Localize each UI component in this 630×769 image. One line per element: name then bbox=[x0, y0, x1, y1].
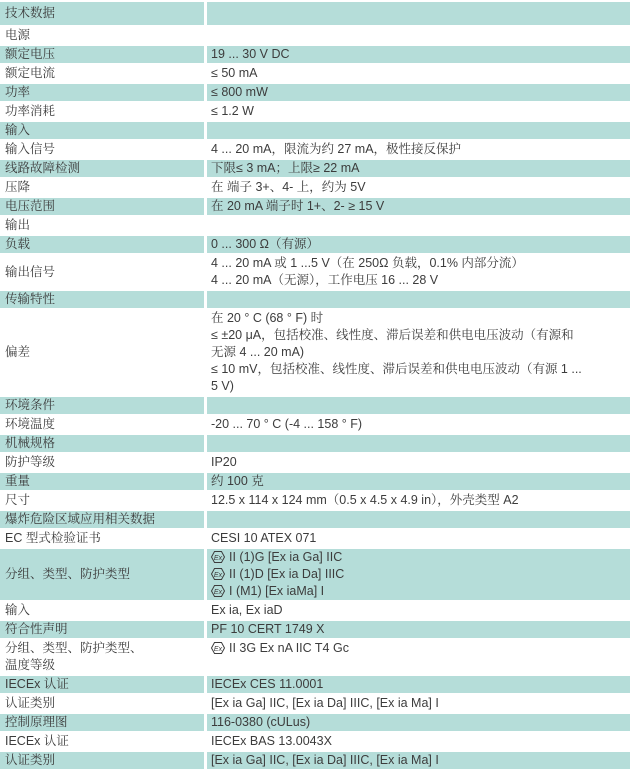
section-row: 机械规格 bbox=[0, 435, 630, 452]
row-value-cell bbox=[204, 2, 630, 25]
row-label-cell: 爆炸危险区域应用相关数据 bbox=[0, 511, 204, 528]
row-value-cell: [Ex ia Ga] IIC, [Ex ia Da] IIIC, [Ex ia … bbox=[204, 752, 630, 769]
row-label: 额定电流 bbox=[5, 66, 55, 80]
value-line: 0 ... 300 Ω（有源） bbox=[211, 236, 626, 253]
row-label-cell: 环境条件 bbox=[0, 397, 204, 414]
section-row: 传输特性 bbox=[0, 291, 630, 308]
table-row: 偏差在 20 ° C (68 ° F) 时≤ ±20 μA，包括校准、线性度、滞… bbox=[0, 310, 630, 395]
table-row: 符合性声明PF 10 CERT 1749 X bbox=[0, 621, 630, 638]
value-text: ≤ 10 mV，包括校准、线性度、滞后误差和供电电压波动（有源 1 ... bbox=[211, 362, 582, 376]
value-line: 19 ... 30 V DC bbox=[211, 46, 626, 63]
row-value-cell bbox=[204, 435, 630, 452]
row-label: IECEx 认证 bbox=[5, 677, 69, 691]
value-line: ≤ 800 mW bbox=[211, 84, 626, 101]
row-label: 传输特性 bbox=[5, 292, 55, 306]
table-row: EC 型式检验证书CESI 10 ATEX 071 bbox=[0, 530, 630, 547]
value-line: ExI (M1) [Ex iaMa] I bbox=[211, 583, 626, 600]
table-row: 环境温度-20 ... 70 ° C (-4 ... 158 ° F) bbox=[0, 416, 630, 433]
table-row: 额定电压19 ... 30 V DC bbox=[0, 46, 630, 63]
table-row: 负载0 ... 300 Ω（有源） bbox=[0, 236, 630, 253]
value-text: -20 ... 70 ° C (-4 ... 158 ° F) bbox=[211, 417, 362, 431]
value-line: ≤ 50 mA bbox=[211, 65, 626, 82]
section-row: 输出 bbox=[0, 217, 630, 234]
value-text: 0 ... 300 Ω（有源） bbox=[211, 237, 319, 251]
row-label: 尺寸 bbox=[5, 493, 30, 507]
row-value-cell: CESI 10 ATEX 071 bbox=[204, 530, 630, 547]
ex-hexagon-icon: Ex bbox=[211, 585, 225, 597]
table-row: 重量约 100 克 bbox=[0, 473, 630, 490]
value-text: IECEx BAS 13.0043X bbox=[211, 734, 332, 748]
value-line: CESI 10 ATEX 071 bbox=[211, 530, 626, 547]
value-line: 4 ... 20 mA（无源），工作电压 16 ... 28 V bbox=[211, 272, 626, 289]
row-label-cell: 额定电流 bbox=[0, 65, 204, 82]
row-label-cell: 防护等级 bbox=[0, 454, 204, 471]
value-text: [Ex ia Ga] IIC, [Ex ia Da] IIIC, [Ex ia … bbox=[211, 753, 439, 767]
value-text: 4 ... 20 mA 或 1 ...5 V（在 250Ω 负载，0.1% 内部… bbox=[211, 256, 524, 270]
row-value-cell: [Ex ia Ga] IIC, [Ex ia Da] IIIC, [Ex ia … bbox=[204, 695, 630, 712]
table-row: 电压范围在 20 mA 端子时 1+、2- ≥ 15 V bbox=[0, 198, 630, 215]
value-text: ≤ 800 mW bbox=[211, 85, 268, 99]
value-line: [Ex ia Ga] IIC, [Ex ia Da] IIIC, [Ex ia … bbox=[211, 695, 626, 712]
table-row: 认证类别[Ex ia Ga] IIC, [Ex ia Da] IIIC, [Ex… bbox=[0, 752, 630, 769]
row-value-cell: 在 20 ° C (68 ° F) 时≤ ±20 μA，包括校准、线性度、滞后误… bbox=[204, 310, 630, 395]
row-label: 符合性声明 bbox=[5, 622, 68, 636]
value-line: 5 V) bbox=[211, 378, 626, 395]
table-row: IECEx 认证IECEx BAS 13.0043X bbox=[0, 733, 630, 750]
row-label: 机械规格 bbox=[5, 436, 55, 450]
row-value-cell: 116-0380 (cULus) bbox=[204, 714, 630, 731]
row-label: 输出 bbox=[5, 218, 30, 232]
row-label: 环境条件 bbox=[5, 398, 55, 412]
row-label-cell: 功率 bbox=[0, 84, 204, 101]
value-line: 约 100 克 bbox=[211, 473, 626, 490]
row-label-cell: 线路故障检测 bbox=[0, 160, 204, 177]
table-row: 分组、类型、防护类型ExII (1)G [Ex ia Ga] IICExII (… bbox=[0, 549, 630, 600]
row-label-cell: 输入 bbox=[0, 602, 204, 619]
row-label: 压降 bbox=[5, 180, 30, 194]
section-row: 电源 bbox=[0, 27, 630, 44]
row-label: 电压范围 bbox=[5, 199, 55, 213]
ex-hexagon-icon: Ex bbox=[211, 551, 225, 563]
row-label: 电源 bbox=[5, 28, 30, 42]
value-text: 约 100 克 bbox=[211, 474, 264, 488]
row-value-cell: PF 10 CERT 1749 X bbox=[204, 621, 630, 638]
row-value-cell: IP20 bbox=[204, 454, 630, 471]
table-row: 防护等级IP20 bbox=[0, 454, 630, 471]
table-row: 额定电流≤ 50 mA bbox=[0, 65, 630, 82]
table-row: 压降在 端子 3+、4- 上，约为 5V bbox=[0, 179, 630, 196]
value-text: [Ex ia Ga] IIC, [Ex ia Da] IIIC, [Ex ia … bbox=[211, 696, 439, 710]
row-label-cell: 电源 bbox=[0, 27, 204, 44]
svg-text:Ex: Ex bbox=[214, 589, 223, 596]
row-label: 输入 bbox=[5, 603, 30, 617]
row-label: 认证类别 bbox=[5, 696, 55, 710]
svg-text:Ex: Ex bbox=[214, 572, 223, 579]
row-label: 防护等级 bbox=[5, 455, 55, 469]
row-value-cell: IECEx CES 11.0001 bbox=[204, 676, 630, 693]
value-text: IECEx CES 11.0001 bbox=[211, 677, 323, 691]
svg-text:Ex: Ex bbox=[214, 646, 223, 653]
value-text: 116-0380 (cULus) bbox=[211, 715, 310, 729]
row-label-cell: 环境温度 bbox=[0, 416, 204, 433]
row-label-cell: 符合性声明 bbox=[0, 621, 204, 638]
value-line: ExII 3G Ex nA IIC T4 Gc bbox=[211, 640, 626, 657]
value-text: 5 V) bbox=[211, 379, 234, 393]
value-text: 在 20 mA 端子时 1+、2- ≥ 15 V bbox=[211, 199, 384, 213]
table-row: 线路故障检测下限≤ 3 mA；上限≥ 22 mA bbox=[0, 160, 630, 177]
value-text: 12.5 x 114 x 124 mm（0.5 x 4.5 x 4.9 in），… bbox=[211, 493, 519, 507]
row-value-cell: 约 100 克 bbox=[204, 473, 630, 490]
row-value-cell: 在 端子 3+、4- 上，约为 5V bbox=[204, 179, 630, 196]
value-line: 在 20 mA 端子时 1+、2- ≥ 15 V bbox=[211, 198, 626, 215]
row-value-cell: 下限≤ 3 mA；上限≥ 22 mA bbox=[204, 160, 630, 177]
value-line: ≤ ±20 μA，包括校准、线性度、滞后误差和供电电压波动（有源和 bbox=[211, 327, 626, 344]
row-label: 控制原理图 bbox=[5, 715, 68, 729]
row-value-cell: 在 20 mA 端子时 1+、2- ≥ 15 V bbox=[204, 198, 630, 215]
value-text: II (1)G [Ex ia Ga] IIC bbox=[229, 550, 342, 564]
row-label-cell: 认证类别 bbox=[0, 752, 204, 769]
row-label-cell: 输入 bbox=[0, 122, 204, 139]
table-row: IECEx 认证IECEx CES 11.0001 bbox=[0, 676, 630, 693]
value-text: PF 10 CERT 1749 X bbox=[211, 622, 325, 636]
row-label: 分组、类型、防护类型 bbox=[5, 567, 130, 581]
value-line: 在 20 ° C (68 ° F) 时 bbox=[211, 310, 626, 327]
row-value-cell bbox=[204, 217, 630, 234]
svg-text:Ex: Ex bbox=[214, 555, 223, 562]
value-text: Ex ia, Ex iaD bbox=[211, 603, 283, 617]
row-label: 负载 bbox=[5, 237, 30, 251]
value-line: ExII (1)D [Ex ia Da] IIIC bbox=[211, 566, 626, 583]
row-value-cell bbox=[204, 122, 630, 139]
value-line: IECEx BAS 13.0043X bbox=[211, 733, 626, 750]
row-value-cell: ExII 3G Ex nA IIC T4 Gc bbox=[204, 640, 630, 674]
value-line: 在 端子 3+、4- 上，约为 5V bbox=[211, 179, 626, 196]
value-line: 12.5 x 114 x 124 mm（0.5 x 4.5 x 4.9 in），… bbox=[211, 492, 626, 509]
row-label-cell: 压降 bbox=[0, 179, 204, 196]
row-label: EC 型式检验证书 bbox=[5, 531, 101, 545]
row-label-cell: IECEx 认证 bbox=[0, 676, 204, 693]
row-value-cell bbox=[204, 511, 630, 528]
table-row: 输入Ex ia, Ex iaD bbox=[0, 602, 630, 619]
row-label: 认证类别 bbox=[5, 753, 55, 767]
value-text: 下限≤ 3 mA；上限≥ 22 mA bbox=[211, 161, 359, 175]
table-row: 功率≤ 800 mW bbox=[0, 84, 630, 101]
value-text: ≤ 1.2 W bbox=[211, 104, 254, 118]
row-label-cell: 偏差 bbox=[0, 310, 204, 395]
value-text: II 3G Ex nA IIC T4 Gc bbox=[229, 641, 349, 655]
value-text: 无源 4 ... 20 mA) bbox=[211, 345, 304, 359]
header-row: 技术数据 bbox=[0, 2, 630, 25]
row-label-cell: 尺寸 bbox=[0, 492, 204, 509]
value-line: ExII (1)G [Ex ia Ga] IIC bbox=[211, 549, 626, 566]
row-value-cell bbox=[204, 291, 630, 308]
value-line: [Ex ia Ga] IIC, [Ex ia Da] IIIC, [Ex ia … bbox=[211, 752, 626, 769]
row-label-cell: 重量 bbox=[0, 473, 204, 490]
value-text: IP20 bbox=[211, 455, 237, 469]
spec-table-body: 技术数据电源额定电压19 ... 30 V DC额定电流≤ 50 mA功率≤ 8… bbox=[0, 2, 630, 769]
row-label: 偏差 bbox=[5, 345, 30, 359]
table-row: 输入信号4 ... 20 mA，限流为约 27 mA，极性接反保护 bbox=[0, 141, 630, 158]
row-value-cell: Ex ia, Ex iaD bbox=[204, 602, 630, 619]
technical-data-table: 技术数据电源额定电压19 ... 30 V DC额定电流≤ 50 mA功率≤ 8… bbox=[0, 0, 630, 769]
row-value-cell: 12.5 x 114 x 124 mm（0.5 x 4.5 x 4.9 in），… bbox=[204, 492, 630, 509]
section-row: 输入 bbox=[0, 122, 630, 139]
value-line: 4 ... 20 mA 或 1 ...5 V（在 250Ω 负载，0.1% 内部… bbox=[211, 255, 626, 272]
row-label-cell: 额定电压 bbox=[0, 46, 204, 63]
value-text: 4 ... 20 mA，限流为约 27 mA，极性接反保护 bbox=[211, 142, 461, 156]
value-text: CESI 10 ATEX 071 bbox=[211, 531, 316, 545]
value-line: 116-0380 (cULus) bbox=[211, 714, 626, 731]
row-label: 输出信号 bbox=[5, 265, 55, 279]
value-text: 19 ... 30 V DC bbox=[211, 47, 290, 61]
row-label-cell: IECEx 认证 bbox=[0, 733, 204, 750]
row-label: 功率消耗 bbox=[5, 104, 55, 118]
row-value-cell: 4 ... 20 mA 或 1 ...5 V（在 250Ω 负载，0.1% 内部… bbox=[204, 255, 630, 289]
row-label-cell: 分组、类型、防护类型 bbox=[0, 549, 204, 600]
value-text: I (M1) [Ex iaMa] I bbox=[229, 584, 324, 598]
value-line: Ex ia, Ex iaD bbox=[211, 602, 626, 619]
row-label-cell: 功率消耗 bbox=[0, 103, 204, 120]
row-value-cell: ≤ 1.2 W bbox=[204, 103, 630, 120]
value-line: PF 10 CERT 1749 X bbox=[211, 621, 626, 638]
row-label-cell: 机械规格 bbox=[0, 435, 204, 452]
row-label-cell: 输出 bbox=[0, 217, 204, 234]
row-label: IECEx 认证 bbox=[5, 734, 69, 748]
row-value-cell: ExII (1)G [Ex ia Ga] IICExII (1)D [Ex ia… bbox=[204, 549, 630, 600]
table-row: 控制原理图116-0380 (cULus) bbox=[0, 714, 630, 731]
value-line: 下限≤ 3 mA；上限≥ 22 mA bbox=[211, 160, 626, 177]
value-line: IECEx CES 11.0001 bbox=[211, 676, 626, 693]
row-label: 输入 bbox=[5, 123, 30, 137]
value-line: 4 ... 20 mA，限流为约 27 mA，极性接反保护 bbox=[211, 141, 626, 158]
table-row: 分组、类型、防护类型、 温度等级ExII 3G Ex nA IIC T4 Gc bbox=[0, 640, 630, 674]
row-value-cell: 19 ... 30 V DC bbox=[204, 46, 630, 63]
row-label-cell: 认证类别 bbox=[0, 695, 204, 712]
row-value-cell bbox=[204, 27, 630, 44]
table-row: 认证类别[Ex ia Ga] IIC, [Ex ia Da] IIIC, [Ex… bbox=[0, 695, 630, 712]
row-label-cell: 控制原理图 bbox=[0, 714, 204, 731]
value-text: ≤ ±20 μA，包括校准、线性度、滞后误差和供电电压波动（有源和 bbox=[211, 328, 574, 342]
row-value-cell: 4 ... 20 mA，限流为约 27 mA，极性接反保护 bbox=[204, 141, 630, 158]
table-row: 功率消耗≤ 1.2 W bbox=[0, 103, 630, 120]
row-value-cell: ≤ 50 mA bbox=[204, 65, 630, 82]
value-text: 4 ... 20 mA（无源），工作电压 16 ... 28 V bbox=[211, 273, 438, 287]
section-row: 爆炸危险区域应用相关数据 bbox=[0, 511, 630, 528]
row-label-cell: 传输特性 bbox=[0, 291, 204, 308]
row-label-cell: EC 型式检验证书 bbox=[0, 530, 204, 547]
row-label-cell: 分组、类型、防护类型、 温度等级 bbox=[0, 640, 204, 674]
row-label-cell: 负载 bbox=[0, 236, 204, 253]
row-value-cell: -20 ... 70 ° C (-4 ... 158 ° F) bbox=[204, 416, 630, 433]
value-line: 无源 4 ... 20 mA) bbox=[211, 344, 626, 361]
value-line: ≤ 1.2 W bbox=[211, 103, 626, 120]
value-text: 在 20 ° C (68 ° F) 时 bbox=[211, 311, 323, 325]
row-label: 输入信号 bbox=[5, 142, 55, 156]
value-text: II (1)D [Ex ia Da] IIIC bbox=[229, 567, 344, 581]
ex-hexagon-icon: Ex bbox=[211, 568, 225, 580]
value-text: 在 端子 3+、4- 上，约为 5V bbox=[211, 180, 366, 194]
row-value-cell bbox=[204, 397, 630, 414]
row-value-cell: IECEx BAS 13.0043X bbox=[204, 733, 630, 750]
row-label-cell: 输出信号 bbox=[0, 255, 204, 289]
value-line: -20 ... 70 ° C (-4 ... 158 ° F) bbox=[211, 416, 626, 433]
table-row: 输出信号4 ... 20 mA 或 1 ...5 V（在 250Ω 负载，0.1… bbox=[0, 255, 630, 289]
row-label-cell: 技术数据 bbox=[0, 2, 204, 25]
row-label: 爆炸危险区域应用相关数据 bbox=[5, 512, 155, 526]
row-label: 线路故障检测 bbox=[5, 161, 80, 175]
value-line: IP20 bbox=[211, 454, 626, 471]
table-row: 尺寸12.5 x 114 x 124 mm（0.5 x 4.5 x 4.9 in… bbox=[0, 492, 630, 509]
value-text: ≤ 50 mA bbox=[211, 66, 257, 80]
ex-hexagon-icon: Ex bbox=[211, 642, 225, 654]
row-label: 重量 bbox=[5, 474, 30, 488]
row-label: 技术数据 bbox=[5, 6, 55, 20]
value-line: ≤ 10 mV，包括校准、线性度、滞后误差和供电电压波动（有源 1 ... bbox=[211, 361, 626, 378]
row-label-cell: 输入信号 bbox=[0, 141, 204, 158]
row-label: 额定电压 bbox=[5, 47, 55, 61]
section-row: 环境条件 bbox=[0, 397, 630, 414]
row-value-cell: 0 ... 300 Ω（有源） bbox=[204, 236, 630, 253]
row-label-cell: 电压范围 bbox=[0, 198, 204, 215]
row-label: 分组、类型、防护类型、 温度等级 bbox=[5, 641, 143, 672]
row-label: 环境温度 bbox=[5, 417, 55, 431]
row-value-cell: ≤ 800 mW bbox=[204, 84, 630, 101]
row-label: 功率 bbox=[5, 85, 30, 99]
